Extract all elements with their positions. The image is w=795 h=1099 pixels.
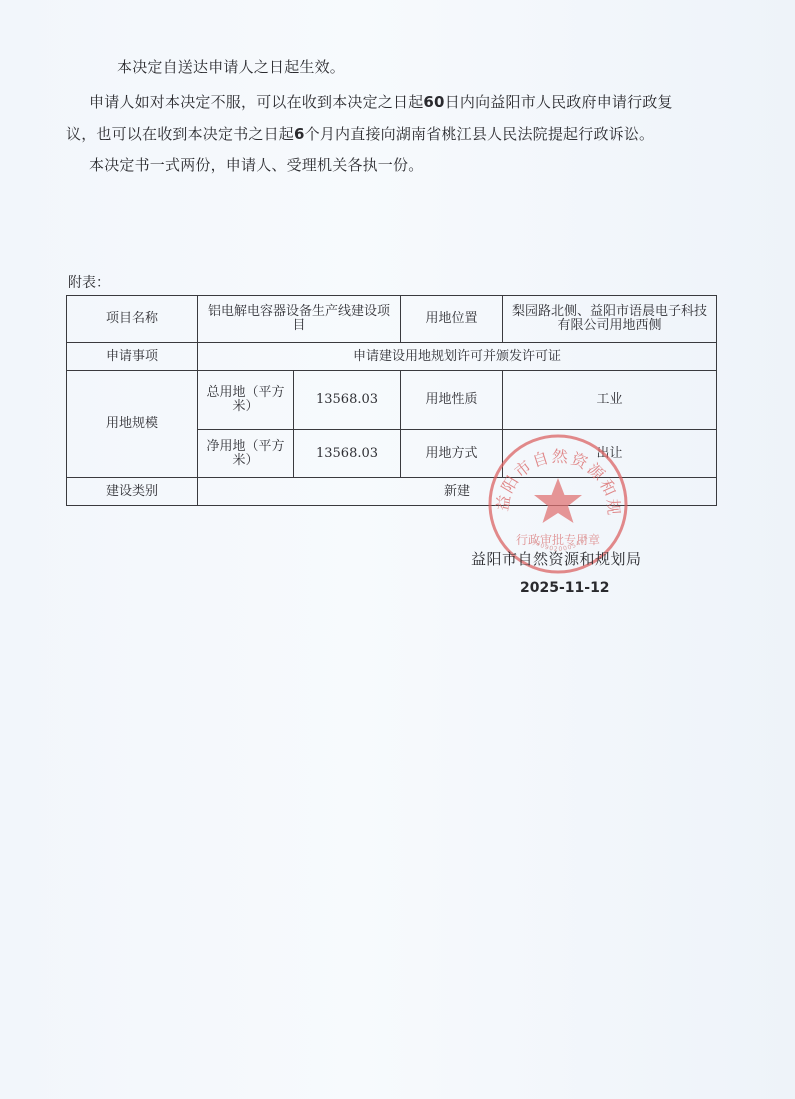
- appeal-days: 60: [423, 93, 444, 111]
- land-nature-label: 用地性质: [401, 371, 503, 430]
- table-row: 用地规模 总用地（平方米） 13568.03 用地性质 工业: [67, 371, 717, 430]
- appeal-clause-line-1: 申请人如对本决定不服，可以在收到本决定之日起60日内向益阳市人民政府申请行政复: [89, 92, 673, 112]
- total-area-label: 总用地（平方米）: [198, 371, 294, 430]
- copies-clause: 本决定书一式两份，申请人、受理机关各执一份。: [89, 155, 423, 175]
- issue-date: 2025-11-12: [520, 580, 610, 596]
- effective-clause: 本决定自送达申请人之日起生效。: [117, 57, 345, 77]
- application-value: 申请建设用地规划许可并颁发许可证: [198, 343, 717, 371]
- appeal-clause-line-2: 议，也可以在收到本决定书之日起6个月内直接向湖南省桃江县人民法院提起行政诉讼。: [66, 124, 654, 144]
- land-method-label: 用地方式: [401, 430, 503, 478]
- seal-text-bottom: 行政审批专用章: [516, 532, 600, 547]
- net-area-label: 净用地（平方米）: [198, 430, 294, 478]
- table-row: 项目名称 铝电解电容器设备生产线建设项目 用地位置 梨园路北侧、益阳市语晨电子科…: [67, 296, 717, 343]
- appeal-months: 6: [294, 125, 305, 143]
- location-value: 梨园路北侧、益阳市语晨电子科技有限公司用地西侧: [503, 296, 717, 343]
- project-name-label: 项目名称: [67, 296, 198, 343]
- project-name-value: 铝电解电容器设备生产线建设项目: [198, 296, 401, 343]
- net-area-value: 13568.03: [294, 430, 401, 478]
- appendix-label: 附表：: [68, 272, 110, 292]
- table-row: 申请事项 申请建设用地规划许可并颁发许可证: [67, 343, 717, 371]
- construction-type-value: 新建: [198, 478, 717, 506]
- location-label: 用地位置: [401, 296, 503, 343]
- issuer-name: 益阳市自然资源和规划局: [471, 548, 642, 569]
- land-nature-value: 工业: [503, 371, 717, 430]
- document-page: 本决定自送达申请人之日起生效。 申请人如对本决定不服，可以在收到本决定之日起60…: [0, 0, 795, 1099]
- appendix-table: 项目名称 铝电解电容器设备生产线建设项目 用地位置 梨园路北侧、益阳市语晨电子科…: [66, 295, 717, 506]
- land-method-value: 出让: [503, 430, 717, 478]
- table-row: 建设类别 新建: [67, 478, 717, 506]
- scale-label: 用地规模: [67, 371, 198, 478]
- construction-type-label: 建设类别: [67, 478, 198, 506]
- total-area-value: 13568.03: [294, 371, 401, 430]
- application-label: 申请事项: [67, 343, 198, 371]
